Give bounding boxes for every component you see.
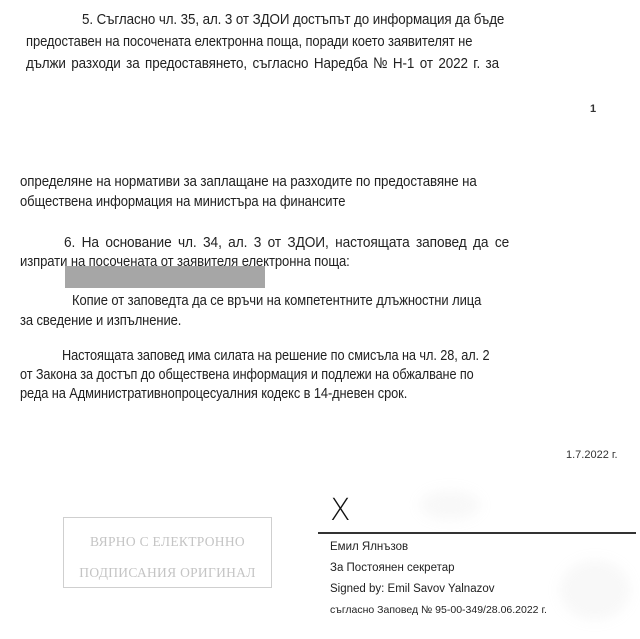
paragraph-5-line-2: предоставен на посочената електронна пощ…: [26, 33, 472, 51]
stamp-line-1: ВЯРНО С ЕЛЕКТРОННО: [64, 534, 271, 550]
copies-line-2: за сведение и изпълнение.: [20, 312, 181, 330]
document-date: 1.7.2022 г.: [566, 449, 618, 461]
copies-line-1: Копие от заповедта да се връчи на компет…: [72, 292, 481, 310]
scan-smudge: [560, 560, 630, 620]
scan-smudge: [420, 490, 480, 520]
signature-mark: X: [330, 495, 351, 527]
paragraph-5-line-1: 5. Съгласно чл. 35, ал. 3 от ЗДОИ достъп…: [82, 11, 504, 29]
decision-line-2: от Закона за достъп до обществена информ…: [20, 366, 474, 384]
paragraph-5-cont-line-2: обществена информация на министъра на фи…: [20, 193, 345, 211]
redacted-email: [65, 266, 265, 288]
signed-by: Signed by: Emil Savov Yalnazov: [330, 583, 495, 595]
stamp-line-2: ПОДПИСАНИЯ ОРИГИНАЛ: [64, 565, 271, 581]
signing-authority: съгласно Заповед № 95-00-349/28.06.2022 …: [330, 604, 547, 616]
page-number: 1: [590, 103, 596, 115]
signer-position: За Постоянен секретар: [330, 562, 455, 574]
certified-copy-stamp: ВЯРНО С ЕЛЕКТРОННО ПОДПИСАНИЯ ОРИГИНАЛ: [63, 517, 272, 588]
signature-line: [318, 532, 636, 534]
signer-name: Емил Ялнъзов: [330, 541, 408, 553]
decision-line-3: реда на Административнопроцесуалния коде…: [20, 385, 407, 403]
paragraph-6-line-1: 6. На основание чл. 34, ал. 3 от ЗДОИ, н…: [64, 234, 509, 252]
decision-line-1: Настоящата заповед има силата на решение…: [62, 347, 489, 365]
paragraph-5-cont-line-1: определяне на нормативи за заплащане на …: [20, 173, 477, 191]
paragraph-5-line-3: дължи разходи за предоставянето, съгласн…: [26, 55, 499, 73]
